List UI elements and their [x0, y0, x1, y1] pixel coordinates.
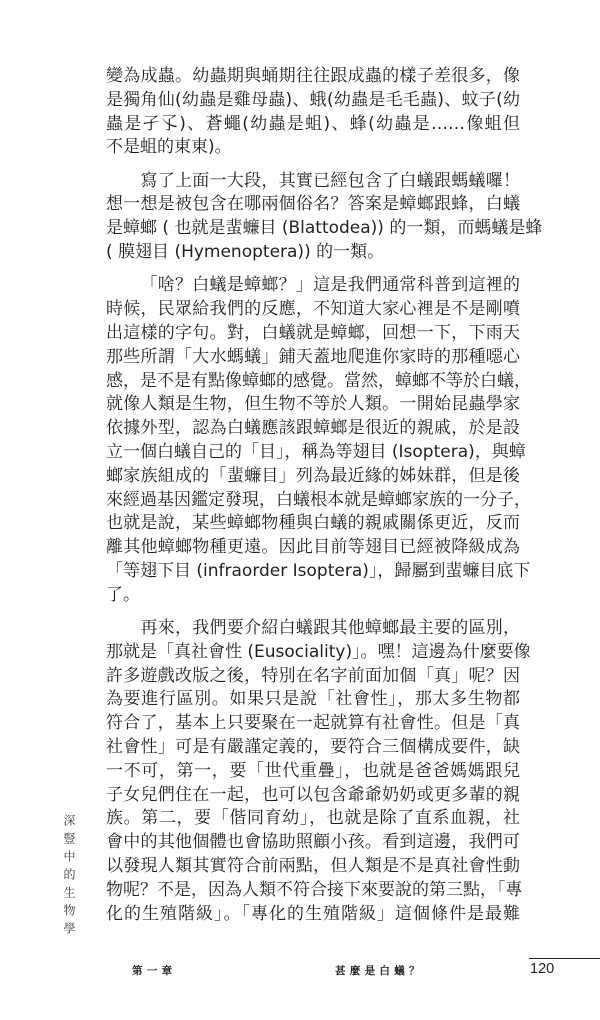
text-line: 符合了，基本上只要聚在一起就算有社會性。但是「真 — [106, 712, 520, 736]
text-line: 那些所謂「大水螞蟻」鋪天蓋地爬進你家時的那種噁心 — [106, 346, 520, 370]
text-line: 來經過基因鑑定發現，白蟻根本就是蟑螂家族的一分子， — [106, 489, 520, 513]
text-line: 想一想是被包含在哪兩個俗名？答案是蟑螂跟蜂，白蟻 — [106, 193, 520, 217]
text-line: 族。第二，要「偕同育幼」，也就是除了直系血親，社 — [106, 807, 520, 831]
text-line: 了。 — [106, 584, 520, 608]
page-number: 120 — [530, 960, 554, 978]
text-line: 是獨角仙(幼蟲是雞母蟲)、蛾(幼蟲是毛毛蟲)、蚊子(幼 — [106, 89, 520, 113]
text-line: 子女兒們住在一起，也可以包含爺爺奶奶或更多輩的親 — [106, 784, 520, 808]
text-line: 社會性」可是有嚴謹定義的，要符合三個構成要件，缺 — [106, 736, 520, 760]
page-number-rule — [529, 958, 600, 959]
paragraph: 變為成蟲。幼蟲期與蛹期往往跟成蟲的樣子差很多，像 是獨角仙(幼蟲是雞母蟲)、蛾(… — [106, 65, 520, 160]
text-line: 感，是不是有點像蟑螂的感覺。當然，蟑螂不等於白蟻， — [106, 370, 520, 394]
paragraph: 再來，我們要介紹白蟻跟其他蟑螂最主要的區別， 那就是「真社會性 (Eusocia… — [106, 617, 520, 926]
text-line: 以發現人類其實符合前兩點，但人類是不是真社會性動 — [106, 855, 520, 879]
text-line: 離其他蟑螂物種更遠。因此目前等翅目已經被降級成為 — [106, 536, 520, 560]
text-line: 一不可，第一，要「世代重疊」，也就是爸爸媽媽跟兒 — [106, 760, 520, 784]
text-line: 出這樣的字句。對，白蟻就是蟑螂，回想一下，下雨天 — [106, 322, 520, 346]
text-line: 蟲是孑孓)、蒼蠅(幼蟲是蛆)、蜂(幼蟲是……像蛆但 — [106, 113, 520, 137]
text-line: 是蟑螂 ( 也就是蜚蠊目 (Blattodea)) 的一類，而螞蟻是蜂 — [106, 217, 520, 241]
body-text: 變為成蟲。幼蟲期與蛹期往往跟成蟲的樣子差很多，像 是獨角仙(幼蟲是雞母蟲)、蛾(… — [106, 65, 520, 926]
text-line: 時候，民眾給我們的反應，不知道大家心裡是不是剛噴 — [106, 298, 520, 322]
text-line: 就像人類是生物，但生物不等於人類。一開始昆蟲學家 — [106, 393, 520, 417]
text-line: 「等翅下目 (infraorder Isoptera)」，歸屬到蜚蠊目底下 — [106, 560, 520, 584]
text-line: 再來，我們要介紹白蟻跟其他蟑螂最主要的區別， — [106, 617, 520, 641]
paragraph: 「啥？白蟻是蟑螂？」這是我們通常科普到這裡的 時候，民眾給我們的反應，不知道大家… — [106, 274, 520, 607]
text-line: 物呢？不是，因為人類不符合接下來要說的第三點，「專 — [106, 879, 520, 903]
text-line: 化的生殖階級」。「專化的生殖階級」這個條件是最難 — [106, 903, 520, 927]
text-line: 那就是「真社會性 (Eusociality)」。嘿！這邊為什麼要像 — [106, 641, 520, 665]
paragraph: 寫了上面一大段，其實已經包含了白蟻跟螞蟻囉！ 想一想是被包含在哪兩個俗名？答案是… — [106, 170, 520, 265]
text-line: 許多遊戲改版之後，特別在名字前面加個「真」呢？因 — [106, 665, 520, 689]
footer-chapter-label: 第一章 — [132, 963, 176, 979]
text-line: ( 膜翅目 (Hymenoptera)) 的一類。 — [106, 241, 520, 265]
text-line: 立一個白蟻自己的「目」，稱為等翅目 (Isoptera)，與蟑 — [106, 441, 520, 465]
text-line: 也就是說，某些蟑螂物種與白蟻的親戚關係更近，反而 — [106, 512, 520, 536]
text-line: 為要進行區別。如果只是說「社會性」，那太多生物都 — [106, 688, 520, 712]
text-line: 不是蛆的東東)。 — [106, 136, 520, 160]
text-line: 寫了上面一大段，其實已經包含了白蟻跟螞蟻囉！ — [106, 170, 520, 194]
text-line: 螂家族組成的「蜚蠊目」列為最近緣的姊妹群，但是後 — [106, 465, 520, 489]
text-line: 「啥？白蟻是蟑螂？」這是我們通常科普到這裡的 — [106, 274, 520, 298]
running-side-title: 深豎中的生物學 — [62, 814, 76, 940]
text-line: 會中的其他個體也會協助照顧小孩。看到這邊，我們可 — [106, 831, 520, 855]
text-line: 變為成蟲。幼蟲期與蛹期往往跟成蟲的樣子差很多，像 — [106, 65, 520, 89]
footer-section-title: 甚麼是白蟻？ — [335, 963, 424, 979]
text-line: 依據外型，認為白蟻應該跟蟑螂是很近的親戚，於是設 — [106, 417, 520, 441]
